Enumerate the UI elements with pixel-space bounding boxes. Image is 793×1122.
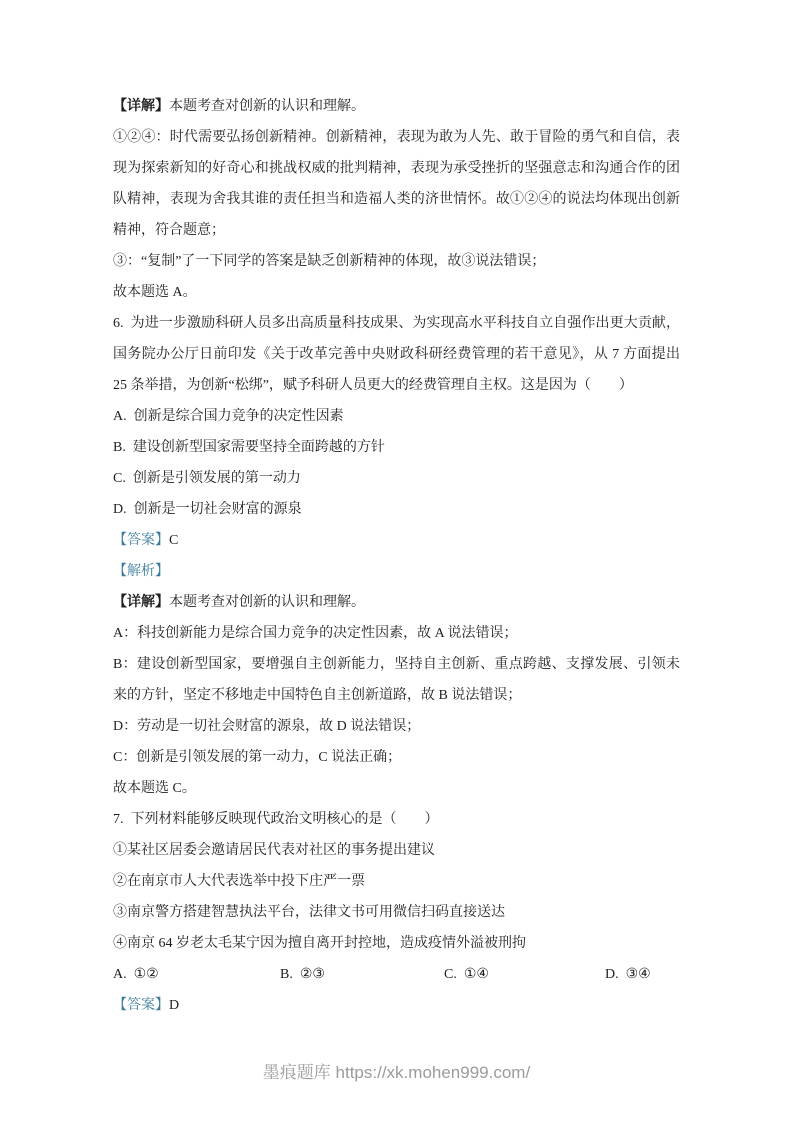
q5-detail-line-4: 精神，符合题意； xyxy=(113,215,680,246)
q5-detail-line-3: 队精神，表现为舍我其谁的责任担当和造福人类的济世情怀。故①②④的说法均体现出创新 xyxy=(113,184,680,215)
q7-item-4: ④南京 64 岁老太毛某宁因为擅自离开封控地，造成疫情外溢被刑拘 xyxy=(113,928,680,959)
bracket-label: 【详解】 xyxy=(113,99,169,114)
line-text: ③：“复制”了一下同学的答案是缺乏创新精神的体现，故③说法错误； xyxy=(113,254,545,269)
line-text: 国务院办公厅日前印发《关于改革完善中央财政科研经费管理的若干意见》，从 7 方面… xyxy=(113,347,680,362)
document-body: 【详解】本题考查对创新的认识和理解。①②④：时代需要弘扬创新精神。创新精神，表现… xyxy=(113,91,680,1021)
bracket-label-accent: 【答案】 xyxy=(113,998,169,1013)
q6-option-b: B. 建设创新型国家需要坚持全面跨越的方针 xyxy=(113,432,680,463)
line-text: A. 创新是综合国力竞争的决定性因素 xyxy=(113,409,344,424)
q7-options-row-option-b: B. ②③ xyxy=(280,959,325,990)
q6-answer: 【答案】C xyxy=(113,525,680,556)
q5-conclusion: 故本题选 A。 xyxy=(113,277,680,308)
q7-item-2: ②在南京市人大代表选举中投下庄严一票 xyxy=(113,866,680,897)
line-text: 来的方针，坚定不移地走中国特色自主创新道路，故 B 说法错误； xyxy=(113,688,521,703)
q6-conclusion: 故本题选 C。 xyxy=(113,773,680,804)
q6-stem-line-2: 国务院办公厅日前印发《关于改革完善中央财政科研经费管理的若干意见》，从 7 方面… xyxy=(113,339,680,370)
q6-detail-point-d: D：劳动是一切社会财富的源泉，故 D 说法错误； xyxy=(113,711,680,742)
line-text: D：劳动是一切社会财富的源泉，故 D 说法错误； xyxy=(113,719,420,734)
line-text: 队精神，表现为舍我其谁的责任担当和造福人类的济世情怀。故①②④的说法均体现出创新 xyxy=(113,192,680,207)
q7-item-3: ③南京警方搭建智慧执法平台，法律文书可用微信扫码直接送达 xyxy=(113,897,680,928)
q6-option-c: C. 创新是引领发展的第一动力 xyxy=(113,463,680,494)
line-text: C xyxy=(169,533,178,548)
q7-item-1: ①某社区居委会邀请居民代表对社区的事务提出建议 xyxy=(113,835,680,866)
bracket-label-accent: 【解析】 xyxy=(113,564,169,579)
line-text: B：建设创新型国家，要增强自主创新能力，坚持自主创新、重点跨越、支撑发展、引领未 xyxy=(113,657,680,672)
q6-detail-point-b-2: 来的方针，坚定不移地走中国特色自主创新道路，故 B 说法错误； xyxy=(113,680,680,711)
line-text: 现为探索新知的好奇心和挑战权威的批判精神，表现为承受挫折的坚强意志和沟通合作的团 xyxy=(113,161,680,176)
footer-site-name: 墨痕题库 xyxy=(263,1063,331,1082)
line-text: 7. 下列材料能够反映现代政治文明核心的是（ ） xyxy=(113,812,439,827)
q7-options-row-option-c: C. ①④ xyxy=(444,959,489,990)
page-footer: 墨痕题库 https://xk.mohen999.com/ xyxy=(0,1062,793,1084)
line-text: B. 建设创新型国家需要坚持全面跨越的方针 xyxy=(113,440,385,455)
line-text: 25 条举措，为创新“松绑”，赋予科研人员更大的经费管理自主权。这是因为（ ） xyxy=(113,378,633,393)
q5-detail-line-2: 现为探索新知的好奇心和挑战权威的批判精神，表现为承受挫折的坚强意志和沟通合作的团 xyxy=(113,153,680,184)
q6-detail-intro: 【详解】本题考查对创新的认识和理解。 xyxy=(113,587,680,618)
line-text: D xyxy=(169,998,179,1013)
line-text: ②在南京市人大代表选举中投下庄严一票 xyxy=(113,874,365,889)
q6-stem-line-3: 25 条举措，为创新“松绑”，赋予科研人员更大的经费管理自主权。这是因为（ ） xyxy=(113,370,680,401)
q6-analysis-label: 【解析】 xyxy=(113,556,680,587)
line-text: 故本题选 C。 xyxy=(113,781,196,796)
exam-document-page: 【详解】本题考查对创新的认识和理解。①②④：时代需要弘扬创新精神。创新精神，表现… xyxy=(0,0,793,1122)
footer-url: https://xk.mohen999.com/ xyxy=(336,1063,531,1082)
line-text: ④南京 64 岁老太毛某宁因为擅自离开封控地，造成疫情外溢被刑拘 xyxy=(113,936,526,951)
q7-options-row-option-d: D. ③④ xyxy=(605,959,651,990)
bracket-label: 【详解】 xyxy=(113,595,169,610)
line-text: 本题考查对创新的认识和理解。 xyxy=(169,99,365,114)
question-7: 7. 下列材料能够反映现代政治文明核心的是（ ）①某社区居委会邀请居民代表对社区… xyxy=(113,804,680,1021)
bracket-label-accent: 【答案】 xyxy=(113,533,169,548)
q6-detail-point-b-1: B：建设创新型国家，要增强自主创新能力，坚持自主创新、重点跨越、支撑发展、引领未 xyxy=(113,649,680,680)
q5-detail-point-3: ③：“复制”了一下同学的答案是缺乏创新精神的体现，故③说法错误； xyxy=(113,246,680,277)
q7-options-row: A. ①②B. ②③C. ①④D. ③④ xyxy=(113,959,680,990)
q7-answer: 【答案】D xyxy=(113,990,680,1021)
line-text: 本题考查对创新的认识和理解。 xyxy=(169,595,365,610)
q5-detail-intro: 【详解】本题考查对创新的认识和理解。 xyxy=(113,91,680,122)
q5-detail-line-1: ①②④：时代需要弘扬创新精神。创新精神，表现为敢为人先、敢于冒险的勇气和自信，表 xyxy=(113,122,680,153)
line-text: 6. 为进一步激励科研人员多出高质量科技成果、为实现高水平科技自立自强作出更大贡… xyxy=(113,316,680,331)
q7-stem: 7. 下列材料能够反映现代政治文明核心的是（ ） xyxy=(113,804,680,835)
line-text: A：科技创新能力是综合国力竞争的决定性因素，故 A 说法错误； xyxy=(113,626,517,641)
line-text: ①某社区居委会邀请居民代表对社区的事务提出建议 xyxy=(113,843,435,858)
q6-detail-point-a: A：科技创新能力是综合国力竞争的决定性因素，故 A 说法错误； xyxy=(113,618,680,649)
q6-option-a: A. 创新是综合国力竞争的决定性因素 xyxy=(113,401,680,432)
q6-option-d: D. 创新是一切社会财富的源泉 xyxy=(113,494,680,525)
line-text: C：创新是引领发展的第一动力，C 说法正确； xyxy=(113,750,401,765)
line-text: 精神，符合题意； xyxy=(113,223,225,238)
q6-stem-line-1: 6. 为进一步激励科研人员多出高质量科技成果、为实现高水平科技自立自强作出更大贡… xyxy=(113,308,680,339)
line-text: 故本题选 A。 xyxy=(113,285,197,300)
line-text: C. 创新是引领发展的第一动力 xyxy=(113,471,301,486)
q6-detail-point-c: C：创新是引领发展的第一动力，C 说法正确； xyxy=(113,742,680,773)
q7-options-row-option-a: A. ①② xyxy=(113,959,159,990)
line-text: D. 创新是一切社会财富的源泉 xyxy=(113,502,302,517)
q5-explanation: 【详解】本题考查对创新的认识和理解。①②④：时代需要弘扬创新精神。创新精神，表现… xyxy=(113,91,680,308)
question-6: 6. 为进一步激励科研人员多出高质量科技成果、为实现高水平科技自立自强作出更大贡… xyxy=(113,308,680,804)
line-text: ①②④：时代需要弘扬创新精神。创新精神，表现为敢为人先、敢于冒险的勇气和自信，表 xyxy=(113,130,680,145)
line-text: ③南京警方搭建智慧执法平台，法律文书可用微信扫码直接送达 xyxy=(113,905,505,920)
